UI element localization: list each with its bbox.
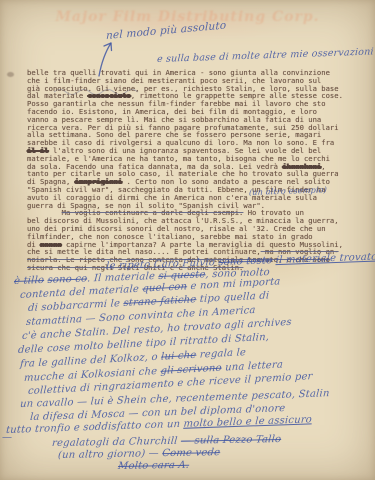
- typed-block: belle tra quelli trovati qui in America …: [27, 69, 371, 272]
- paper-blemish: [7, 72, 14, 77]
- handwritten-line: Molto cara A.: [118, 460, 190, 472]
- margin-dash: —: [1, 432, 12, 443]
